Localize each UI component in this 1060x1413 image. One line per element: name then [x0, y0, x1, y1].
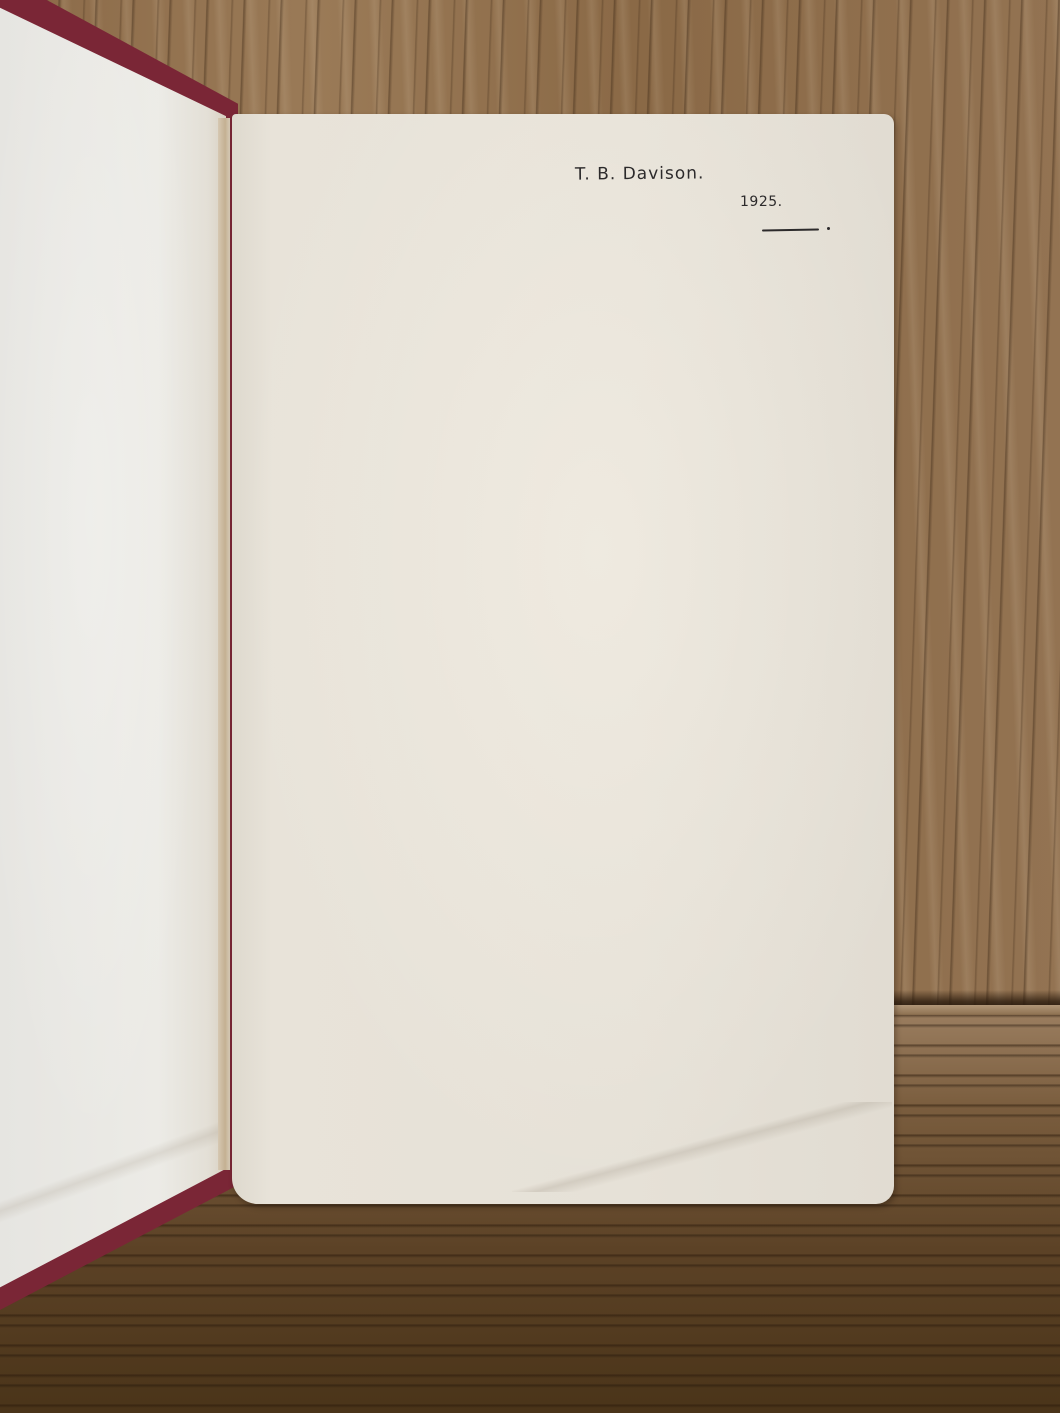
inscription-underline-stroke [762, 229, 819, 232]
photo-scene: T. B. Davison. 1925. [0, 0, 1060, 1413]
inscription-owner-name: T. B. Davison. [575, 163, 705, 184]
right-flyleaf-page [232, 114, 894, 1204]
handwritten-inscription: T. B. Davison. 1925. [575, 164, 835, 234]
inscription-year: 1925. [740, 194, 783, 210]
left-endpaper [0, 0, 226, 1290]
book-gutter-hinge [218, 118, 230, 1170]
inscription-trailing-dot [827, 227, 830, 230]
